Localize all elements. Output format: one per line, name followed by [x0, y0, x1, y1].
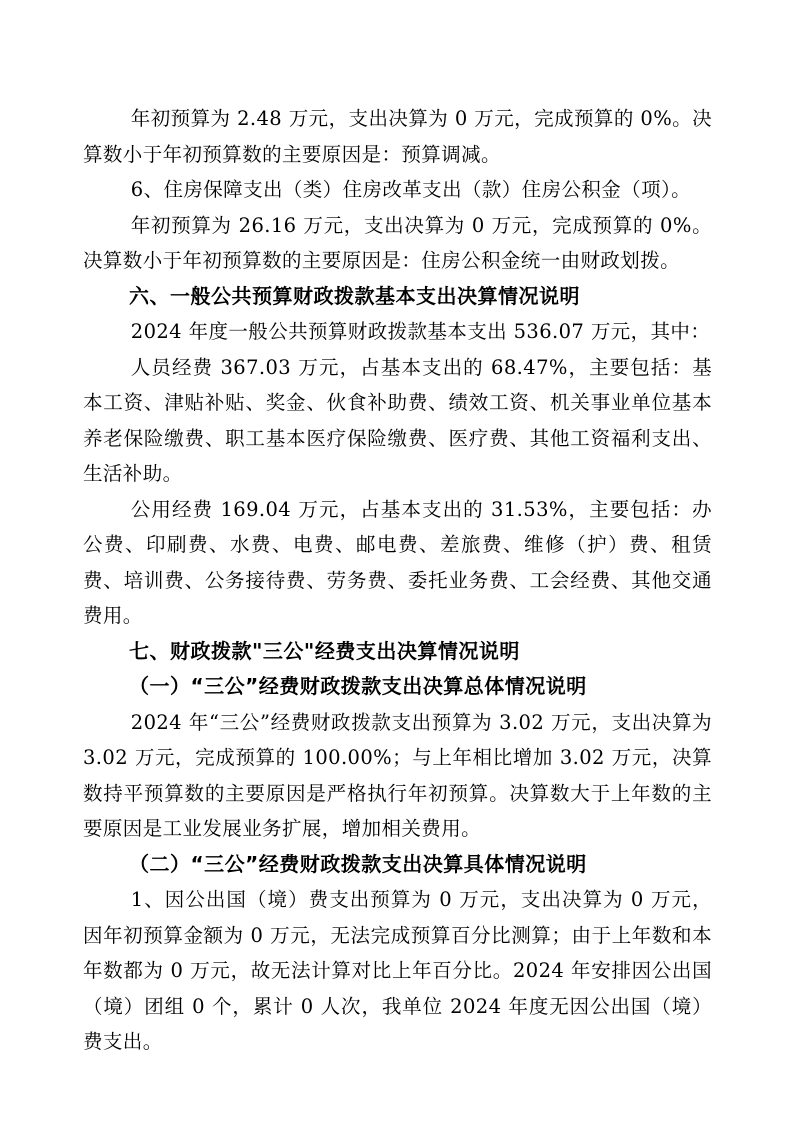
heading-sub-one-overall: （一）“三公”经费财政拨款支出决算总体情况说明	[83, 669, 712, 705]
para-three-public-overview: 2024 年“三公”经费财政拨款支出预算为 3.02 万元，支出决算为 3.02…	[83, 705, 712, 847]
para-personnel-funds: 人员经费 367.03 万元，占基本支出的 68.47%，主要包括：基本工资、津…	[83, 350, 712, 492]
heading-section-seven-three-public: 七、财政拨款"三公"经费支出决算情况说明	[83, 634, 712, 670]
para-item5-budget-note: 年初预算为 2.48 万元，支出决算为 0 万元，完成预算的 0%。决算数小于年…	[83, 101, 712, 172]
para-overseas-trips: 1、因公出国（境）费支出预算为 0 万元，支出决算为 0 万元，因年初预算金额为…	[83, 882, 712, 1060]
document-page: 年初预算为 2.48 万元，支出决算为 0 万元，完成预算的 0%。决算数小于年…	[0, 0, 793, 1122]
para-item6-housing-security: 6、住房保障支出（类）住房改革支出（款）住房公积金（项）。	[83, 172, 712, 208]
document-content: 年初预算为 2.48 万元，支出决算为 0 万元，完成预算的 0%。决算数小于年…	[83, 101, 712, 1060]
para-public-funds: 公用经费 169.04 万元，占基本支出的 31.53%，主要包括：办公费、印刷…	[83, 492, 712, 634]
para-basic-expenditure-total: 2024 年度一般公共预算财政拨款基本支出 536.07 万元，其中：	[83, 314, 712, 350]
para-item6-budget-note: 年初预算为 26.16 万元，支出决算为 0 万元，完成预算的 0%。决算数小于…	[83, 208, 712, 279]
heading-sub-two-detail: （二）“三公”经费财政拨款支出决算具体情况说明	[83, 847, 712, 883]
heading-section-six-basic-expenditure: 六、一般公共预算财政拨款基本支出决算情况说明	[83, 279, 712, 315]
